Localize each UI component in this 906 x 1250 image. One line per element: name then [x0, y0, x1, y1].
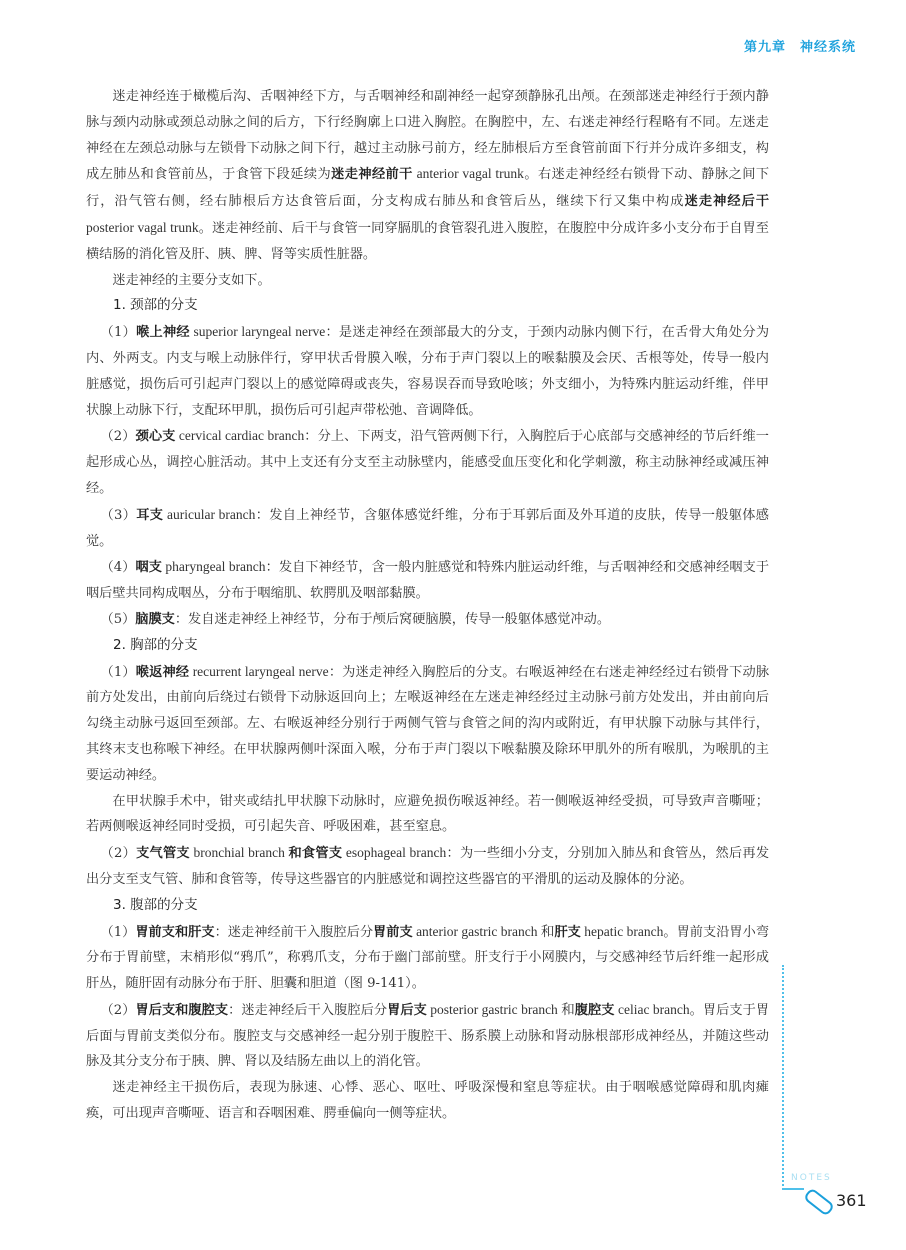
term: 咽支	[135, 560, 162, 575]
section-heading-abdomen: 3. 腹部的分支	[86, 893, 769, 919]
item-superior-laryngeal: （1）喉上神经 superior laryngeal nerve：是迷走神经在颈…	[86, 319, 769, 423]
term-en: celiac branch	[615, 1002, 690, 1017]
page-number: 361	[836, 1191, 867, 1210]
term-en: anterior gastric branch 和	[413, 924, 555, 939]
notes-margin-line	[782, 965, 784, 1190]
branches-intro: 迷走神经的主要分支如下。	[86, 268, 769, 294]
term-anterior-vagal-trunk: 迷走神经前干	[331, 167, 413, 182]
text: ：为迷走神经入胸腔后的分支。右喉返神经在右迷走神经经过右锁骨下动脉前方处发出，由…	[86, 665, 769, 783]
chapter-title: 神经系统	[800, 40, 856, 55]
clinical-note: 在甲状腺手术中，钳夹或结扎甲状腺下动脉时，应避免损伤喉返神经。若一侧喉返神经受损…	[86, 789, 769, 841]
item-anterior-gastric-hepatic: （1）胃前支和肝支：迷走神经前干入腹腔后分胃前支 anterior gastri…	[86, 919, 769, 997]
term-en: esophageal branch	[342, 845, 446, 860]
term-en: hepatic branch	[581, 924, 664, 939]
term-en: pharyngeal branch	[162, 559, 266, 574]
item-number: （2）	[101, 1003, 136, 1018]
term-en: cervical cardiac branch	[175, 428, 304, 443]
term: 胃前支	[373, 925, 413, 940]
item-pharyngeal: （4）咽支 pharyngeal branch：发自下神经节，含一般内脏感觉和特…	[86, 554, 769, 607]
item-number: （1）	[101, 325, 137, 340]
notes-label: NOTES	[791, 1173, 832, 1183]
term-en: auricular branch	[163, 507, 255, 522]
term: 腹腔支	[575, 1003, 615, 1018]
term-en: posterior vagal trunk	[86, 220, 199, 235]
text: ：发自迷走神经上神经节，分布于颅后窝硬脑膜，传导一般躯体感觉冲动。	[175, 612, 610, 627]
term-en: posterior gastric branch 和	[427, 1002, 575, 1017]
term: 支气管支	[136, 846, 190, 861]
page-body: 迷走神经连于橄榄后沟、舌咽神经下方，与舌咽神经和副神经一起穿颈静脉孔出颅。在颈部…	[86, 84, 769, 1127]
term: 喉上神经	[136, 325, 190, 340]
item-cervical-cardiac: （2）颈心支 cervical cardiac branch：分上、下两支，沿气…	[86, 423, 769, 501]
notes-margin-foot	[782, 1188, 804, 1190]
item-auricular: （3）耳支 auricular branch：发自上神经节，含躯体感觉纤维，分布…	[86, 502, 769, 555]
item-number: （2）	[101, 429, 136, 444]
term: 脑膜支	[135, 612, 175, 627]
term: 和食管支	[288, 846, 342, 861]
item-number: （1）	[101, 925, 136, 940]
term-en: superior laryngeal nerve	[190, 324, 325, 339]
term: 喉返神经	[136, 665, 189, 680]
paperclip-icon	[803, 1187, 835, 1217]
section-heading-neck: 1. 颈部的分支	[86, 293, 769, 319]
term: 胃后支	[387, 1003, 427, 1018]
item-recurrent-laryngeal: （1）喉返神经 recurrent laryngeal nerve：为迷走神经入…	[86, 659, 769, 789]
term-en: bronchial branch	[190, 845, 289, 860]
term: 耳支	[136, 508, 163, 523]
term: 胃前支和肝支	[135, 925, 214, 940]
text: ：迷走神经前干入腹腔后分	[215, 925, 373, 940]
closing-paragraph: 迷走神经主干损伤后，表现为脉速、心悸、恶心、呕吐、呼吸深慢和窒息等症状。由于咽喉…	[86, 1075, 769, 1127]
term-en: recurrent laryngeal nerve	[189, 664, 329, 679]
item-number: （3）	[101, 508, 137, 523]
term: 胃后支和腹腔支	[135, 1003, 228, 1018]
term: 颈心支	[136, 429, 176, 444]
term-posterior-vagal-trunk: 迷走神经后干	[685, 194, 769, 209]
intro-paragraph: 迷走神经连于橄榄后沟、舌咽神经下方，与舌咽神经和副神经一起穿颈静脉孔出颅。在颈部…	[86, 84, 769, 268]
item-number: （5）	[101, 612, 136, 627]
term: 肝支	[554, 925, 580, 940]
running-header: 第九章神经系统	[744, 36, 856, 55]
item-posterior-gastric-celiac: （2）胃后支和腹腔支：迷走神经后干入腹腔后分胃后支 posterior gast…	[86, 997, 769, 1075]
section-heading-thorax: 2. 胸部的分支	[86, 633, 769, 659]
text: ：迷走神经后干入腹腔后分	[228, 1003, 387, 1018]
item-bronchial-esophageal: （2）支气管支 bronchial branch 和食管支 esophageal…	[86, 840, 769, 893]
item-number: （4）	[101, 560, 136, 575]
item-meningeal: （5）脑膜支：发自迷走神经上神经节，分布于颅后窝硬脑膜，传导一般躯体感觉冲动。	[86, 607, 769, 633]
chapter-number: 第九章	[744, 40, 786, 55]
item-number: （2）	[101, 846, 137, 861]
item-number: （1）	[101, 665, 136, 680]
term-en: anterior vagal trunk	[413, 166, 524, 181]
